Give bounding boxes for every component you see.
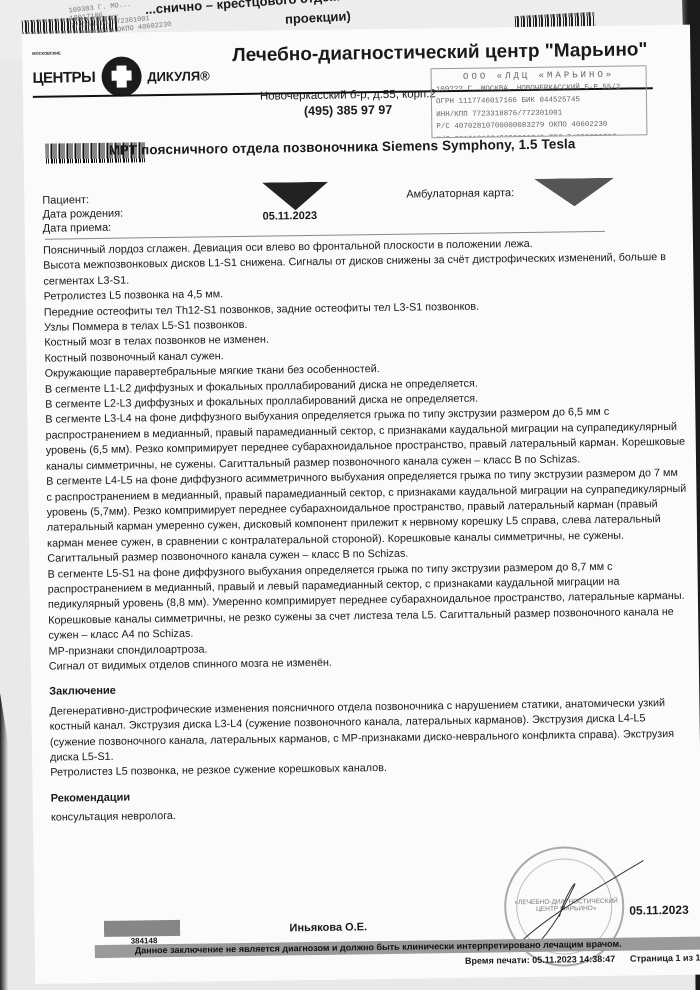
logo-text-left: ЦЕНТРЫ: [32, 68, 95, 86]
report-header: МОСКОВСКИЕ ЦЕНТРЫ ДИКУЛЯ® Лечебно-диагно…: [22, 25, 683, 114]
logo-small-text: МОСКОВСКИЕ: [32, 50, 61, 55]
address: Новочеркасский б-р, д.55, корп.2: [248, 88, 448, 103]
conclusion-item: Дегенеративно-дистрофические изменения п…: [49, 696, 690, 767]
visit-date-label: Дата приема:: [43, 221, 124, 236]
birth-date-label: Дата рождения:: [42, 207, 123, 222]
recommendations-text: консультация невролога.: [51, 802, 691, 826]
patient-label: Пациент:: [42, 193, 123, 208]
redaction-mark: [534, 178, 614, 207]
sign-date: 05.11.2023: [629, 903, 689, 918]
org-title: Лечебно-диагностический центр "Марьино": [232, 39, 647, 67]
barcode: [104, 920, 180, 937]
redaction-mark: [262, 182, 328, 211]
clinic-stamp: ООО «ЛДЦ «МАРЬИНО» 109??? Г. МОСКВА, НОВ…: [431, 65, 648, 138]
findings-list: Поясничный лордоз сглажен. Девиация оси …: [43, 235, 689, 675]
finding-item: В сегменте L3-L4 на фоне диффузного выбу…: [45, 404, 686, 475]
visit-date: 05.11.2023: [262, 210, 317, 223]
table-edge: [0, 0, 8, 990]
patient-fields: Пациент: Дата рождения: Дата приема:: [42, 193, 123, 236]
page-number: Страница 1 из 1: [630, 953, 700, 964]
mri-report-sheet: МОСКОВСКИЕ ЦЕНТРЫ ДИКУЛЯ® Лечебно-диагно…: [22, 25, 700, 984]
print-time: Время печати: 05.11.2023 14:38:47: [465, 954, 615, 966]
logo-text-right: ДИКУЛЯ®: [147, 68, 210, 84]
card-label: Амбулаторная карта:: [406, 187, 514, 201]
conclusion-text: Дегенеративно-дистрофические изменения п…: [49, 696, 690, 782]
clinic-logo: МОСКОВСКИЕ ЦЕНТРЫ ДИКУЛЯ®: [32, 55, 210, 97]
finding-item: В сегменте L5-S1 на фоне диффузного выбу…: [47, 558, 688, 644]
report-body: Поясничный лордоз сглажен. Девиация оси …: [43, 235, 691, 827]
finding-item: В сегменте L4-L5 на фоне диффузного асим…: [46, 466, 687, 552]
document-title: МРТ поясничного отдела позвоночника Siem…: [109, 136, 576, 158]
cross-figure-icon: [101, 56, 142, 97]
doctor-name: Иньякова О.Е.: [289, 921, 367, 934]
back-title-fragment-2: проекции): [285, 8, 351, 26]
phone: (495) 385 97 97: [248, 102, 448, 119]
